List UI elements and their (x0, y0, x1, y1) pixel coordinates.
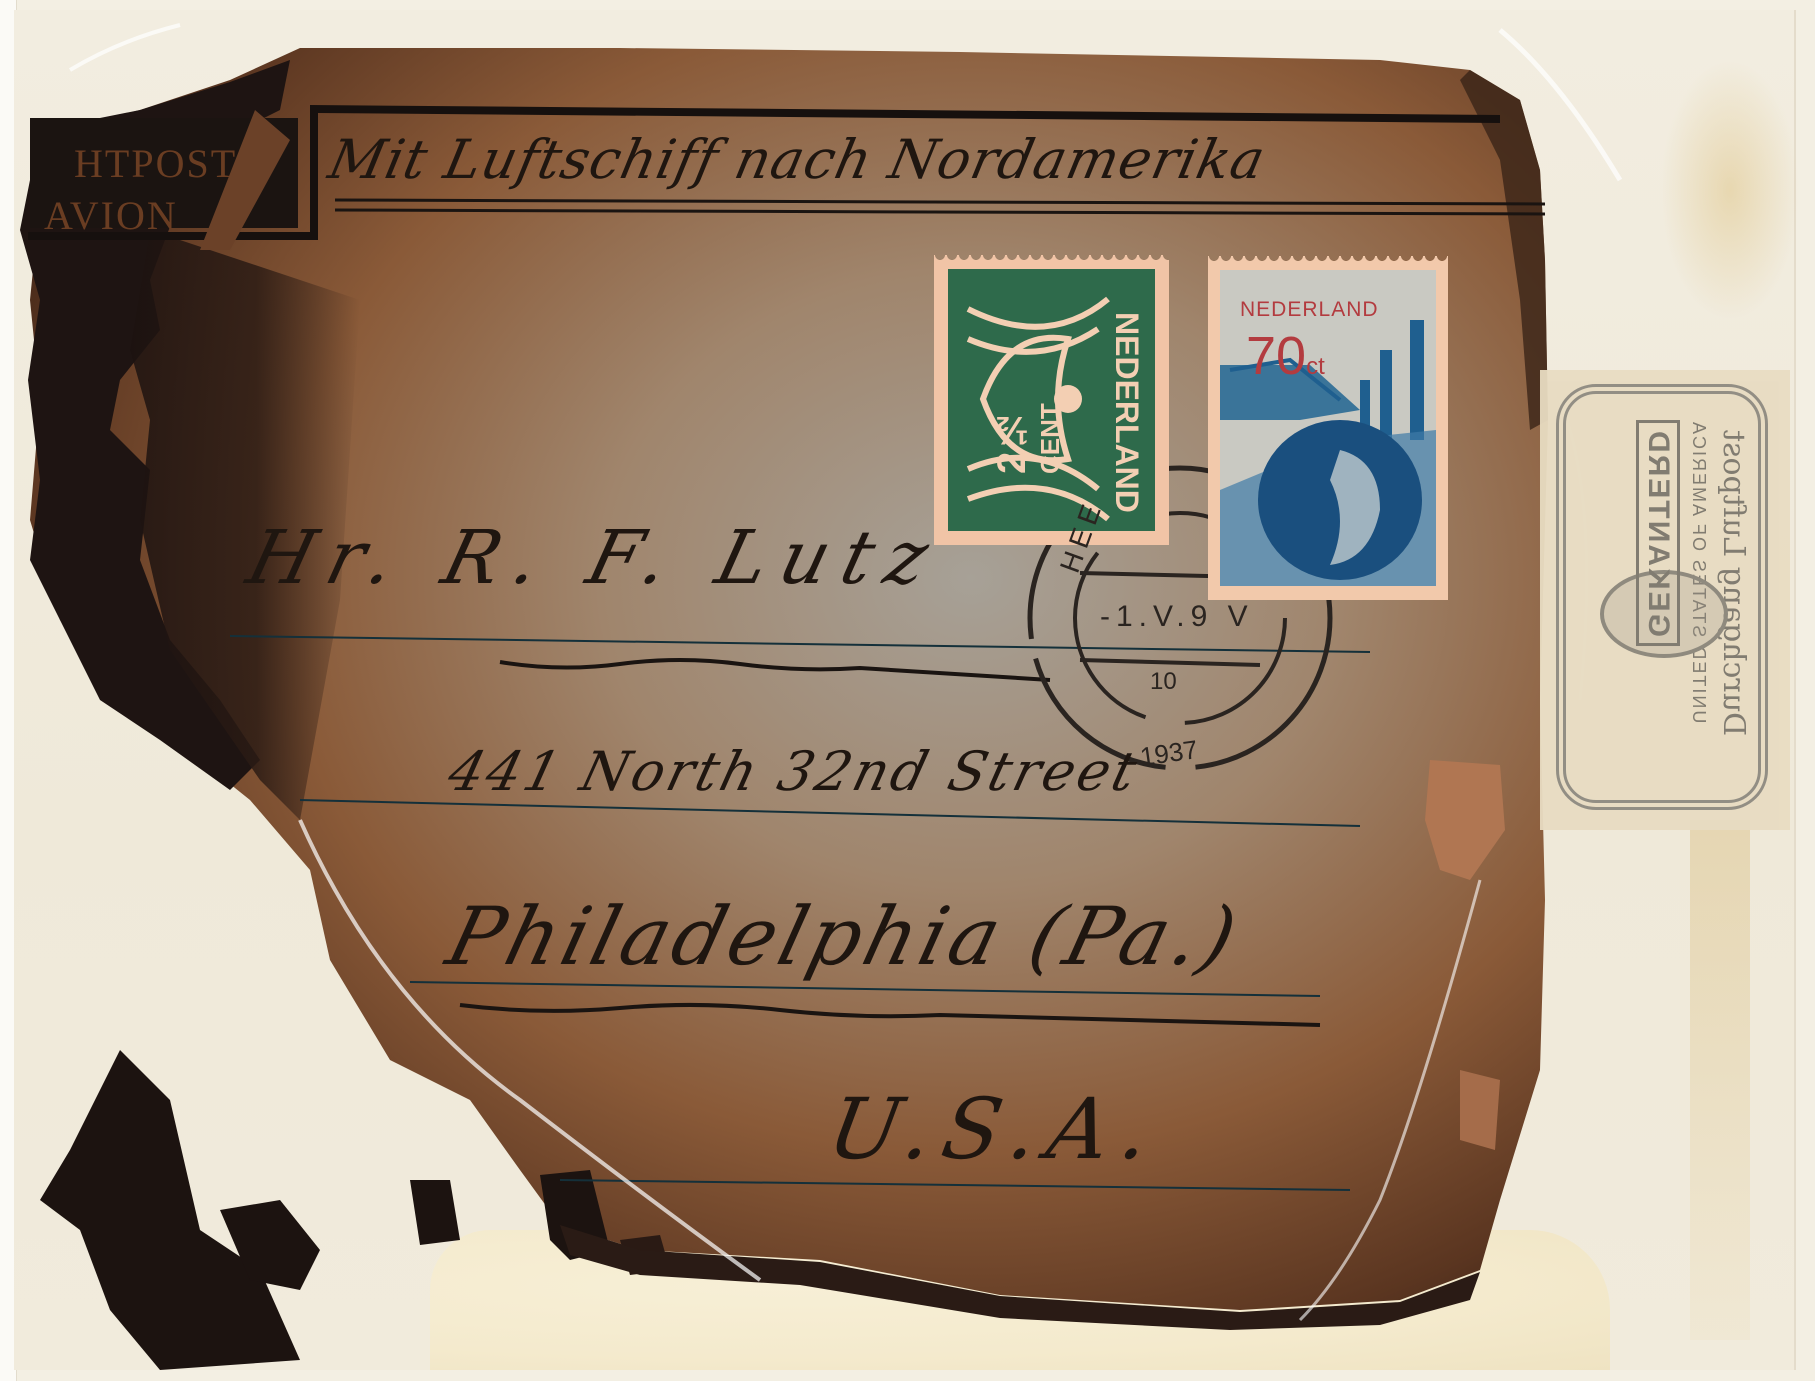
label-subtitle: UNITED STATES OF AMERICA (1688, 420, 1709, 723)
stamp-green-value: 2½ CENT (990, 364, 1060, 474)
airmail-label-line1: HTPOST (74, 140, 237, 187)
address-city: Philadelphia (Pa.) (438, 890, 1249, 983)
stamp-blue-value: 70ct (1246, 325, 1325, 387)
stamp-green-field: 2½ CENT NEDERLAND (948, 269, 1155, 531)
stamp-2-half-cent: 2½ CENT NEDERLAND (934, 255, 1169, 545)
label-stamp-word: GEKANTERD (1636, 420, 1680, 646)
back-transit-label: Durchgang Luftpost UNITED STATES OF AMER… (1540, 370, 1790, 830)
torn-patch (1460, 1070, 1500, 1150)
postmark-hour: 10 (1150, 668, 1177, 696)
stamp-blue-field: NEDERLAND 70ct (1220, 270, 1436, 586)
handwritten-headline: Mit Luftschiff nach Nordamerika (323, 128, 1271, 191)
postmark-date: -1.V.9 V (1100, 600, 1254, 634)
address-street: 441 North 32nd Street (442, 740, 1146, 803)
address-recipient: Hr. R. F. Lutz (239, 515, 950, 601)
stamp-70-cent: NEDERLAND 70ct (1208, 256, 1448, 600)
label-title: Durchgang Luftpost (1716, 430, 1751, 736)
stamp-green-country: NEDERLAND (1105, 287, 1145, 537)
airmail-label-line2: AVION (44, 192, 178, 239)
address-country: U.S.A. (821, 1080, 1169, 1178)
charred-fragment (410, 1180, 460, 1245)
sleeve-glare (70, 25, 180, 70)
stamp-blue-country: NEDERLAND (1240, 298, 1379, 322)
airmail-label: HTPOST AVION (22, 130, 272, 250)
